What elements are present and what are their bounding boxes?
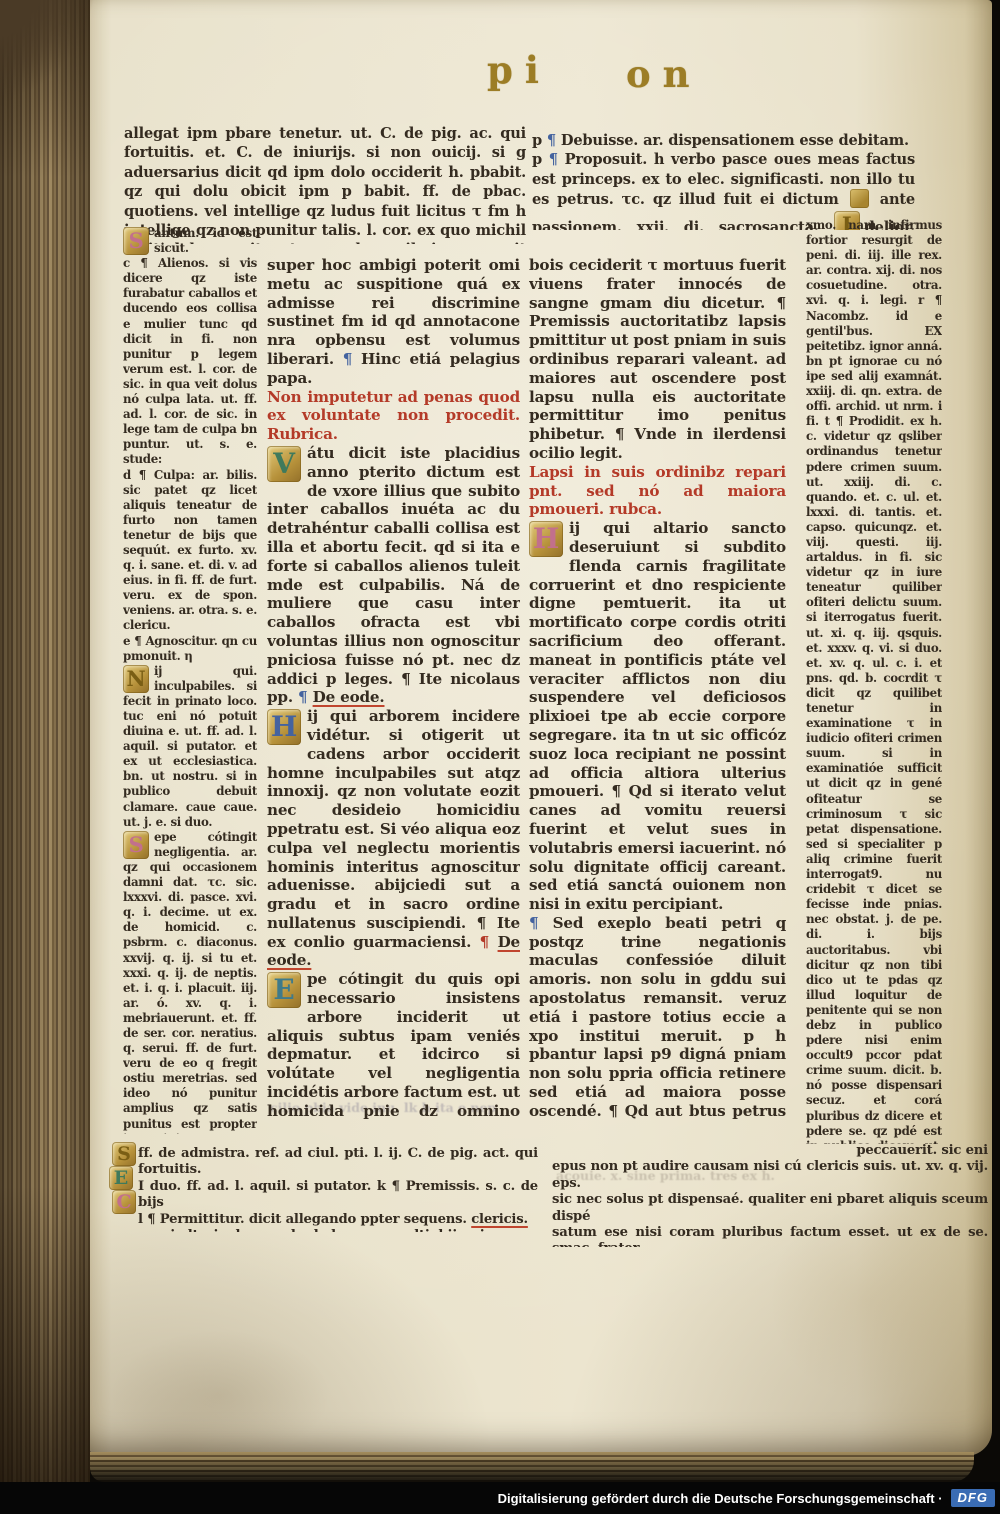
gloss-anchor-letter: p [532,132,542,149]
gloss-line: peccauerit. sic eni [552,1143,988,1159]
capitulum-mark-icon: ¶ [298,688,307,706]
gold-ornament-initial [850,189,869,208]
gloss-paragraph: Sepe cótingit negligentia. ar. qz qui oc… [123,830,257,1134]
capitulum-mark-icon: ¶ [549,151,558,168]
illuminated-initial: S [112,1142,136,1166]
capitulum-mark-icon: ¶ [547,132,556,149]
gloss-paragraph: d ¶ Culpa: ar. bilis. sic patet qz licet… [123,468,257,634]
illuminated-initial: H [529,521,563,557]
main-text-column-2: bois ceciderit τ mortuus fuerit viuens f… [529,256,786,1120]
text-paragraph: ¶ Sed exeplo beati petri q postqz trine … [529,914,786,1120]
body-text: ij qui arborem incidere vidétur. si otig… [267,707,520,951]
gloss-line: ff. de admistra. ref. ad ciul. pti. l. i… [138,1146,538,1179]
gloss-line: epus non pt audire causam nisi cú cleric… [552,1159,988,1192]
chapter-reference: De eode. [313,688,385,706]
illuminated-initial: H [267,709,301,745]
illuminated-initial: E [109,1166,133,1190]
gloss-text: epe cótingit negligentia. ar. qz qui occ… [123,830,257,1134]
text-paragraph: Hij qui altario sancto deseruiunt si sub… [529,519,786,914]
illuminated-initial: C [112,1190,136,1214]
body-text: átu dicit iste placidius anno pterito di… [267,444,520,706]
text-paragraph: bois ceciderit τ mortuus fuerit viuens f… [529,256,786,463]
gloss-text: antum. id est sicut. [154,226,257,255]
bottom-left-gloss-block: ff. de admistra. ref. ad ciul. pti. l. i… [138,1146,538,1232]
text-paragraph: Vátu dicit iste placidius anno pterito d… [267,444,520,707]
gloss-anchor-letter: p [532,151,542,168]
gloss-paragraph: c ¶ Alienos. si vis dicere qz iste furab… [123,256,257,467]
text-paragraph: Epe cótingit du quis opi necessario insi… [267,970,520,1120]
gloss-paragraph: xmo. nam infirmus fortior resurgit de pe… [806,218,942,1144]
bottom-right-gloss-block: peccauerit. sic eni epus non pt audire c… [552,1143,988,1247]
gloss-paragraph: e ¶ Agnoscitur. qn cu pmonuit. η [123,634,257,664]
gloss-line: satum ese nisi coram pluribus factum ess… [552,1225,988,1247]
gloss-line: l ¶ Permittitur. dicit allegando ppter s… [138,1212,538,1228]
illuminated-initial: S [123,227,149,255]
gloss-paragraph: p ¶ Debuisse. ar. dispensationem esse de… [532,131,915,230]
main-text-column-1: super hoc ambigi poterit omi metu ac sus… [267,256,520,1120]
illuminated-initial: E [267,972,301,1008]
gloss-line: n qui altario. hoc caplm babes. xv. q. u… [138,1228,538,1232]
text-paragraph: super hoc ambigi poterit omi metu ac sus… [267,256,520,388]
gloss-line: sic nec solus pt dispensaé. qualiter eni… [552,1192,988,1225]
gloss-lemma: clericis. [471,1212,528,1227]
text-paragraph: Hij qui arborem incidere vidétur. si oti… [267,707,520,970]
digitization-credit-bar: Digitalisierung gefördert durch die Deut… [0,1482,1000,1514]
rubric-heading: Non imputetur ad penas quod ex voluntate… [267,388,520,444]
body-text: pe cótingit du quis opi necessario insis… [267,970,520,1120]
capitulum-mark-icon: ¶ [480,933,489,951]
gloss-text: Debuisse. ar. dispensationem esse debita… [561,132,909,149]
gloss-paragraph: Santum. id est sicut. [123,226,257,256]
left-gloss-column: Santum. id est sicut. c ¶ Alienos. si vi… [123,226,257,1134]
capitulum-mark-icon: ¶ [529,914,538,932]
gloss-line: I duo. ff. ad. l. aquil. si putator. k ¶… [138,1179,538,1212]
body-text: Sed exeplo beati petri q postqz trine ne… [529,914,786,1120]
parchment-stain [110,1330,330,1460]
running-header-right: on [626,52,702,96]
gloss-paragraph: Nij qui. inculpabiles. si fecit in prina… [123,664,257,830]
gloss-text: l ¶ Permittitur. dicit allegando ppter s… [138,1212,467,1227]
top-right-gloss-block: p ¶ Debuisse. ar. dispensationem esse de… [532,131,915,230]
illuminated-initial: N [123,665,149,693]
right-gloss-column: xmo. nam infirmus fortior resurgit de pe… [806,218,942,1144]
illuminated-initial: V [267,446,301,482]
dfg-logo: DFG [951,1489,995,1507]
running-header-left: pi [487,48,551,92]
illuminated-initial: S [123,831,149,859]
credit-text: Digitalisierung gefördert durch die Deut… [498,1491,943,1506]
body-text: ij qui altario sancto deseruiunt si subd… [529,519,786,913]
rubric-heading: Lapsi in suis ordinibz repari pnt. sed n… [529,463,786,519]
capitulum-mark-icon: ¶ [343,350,352,368]
